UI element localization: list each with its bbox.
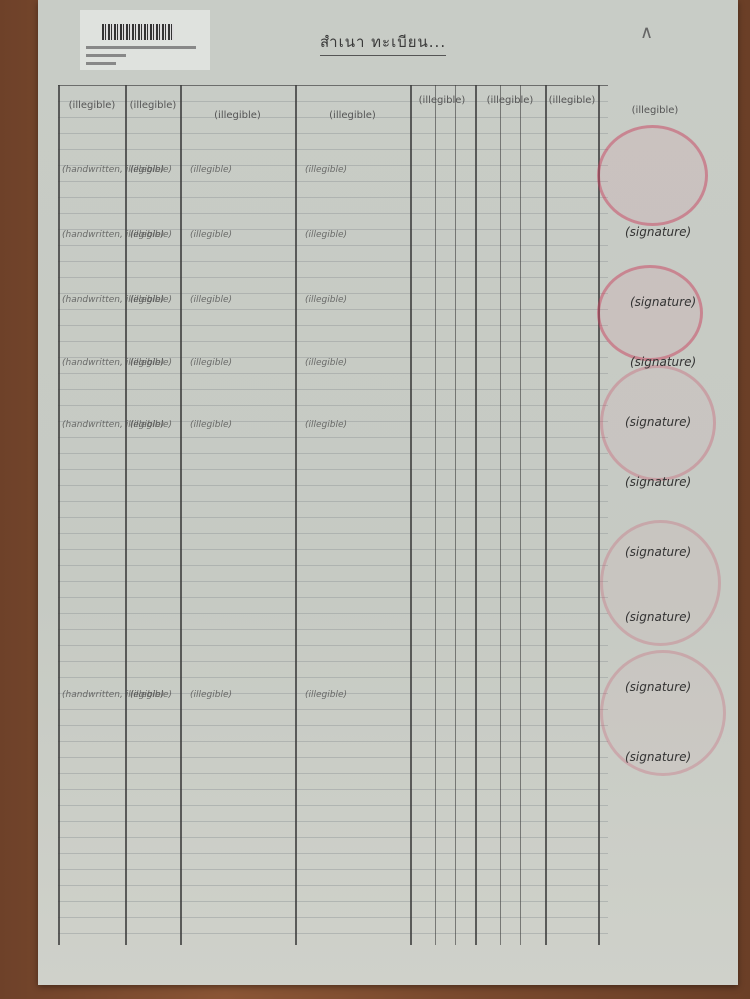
- rule-line: [58, 85, 608, 86]
- rule-line: [58, 741, 608, 742]
- rule-line: [58, 837, 608, 838]
- official-seal-stamp: [597, 265, 703, 361]
- rule-line: [58, 549, 608, 550]
- rule-line: [58, 485, 608, 486]
- header-col-7: (illegible): [547, 95, 597, 106]
- row-4-col-2: (illegible): [130, 358, 172, 368]
- row-5-col-3: (illegible): [190, 420, 232, 430]
- document-title: สำเนา ทะเบียน...: [320, 30, 446, 56]
- sticker-line: [86, 46, 196, 49]
- rule-line: [58, 245, 608, 246]
- header-col-8: (illegible): [600, 105, 710, 116]
- rule-line: [58, 277, 608, 278]
- row-2-col-4: (illegible): [305, 230, 347, 240]
- row-6-col-4: (illegible): [305, 690, 347, 700]
- signature: (signature): [625, 225, 691, 239]
- rule-line: [58, 757, 608, 758]
- rule-line: [58, 885, 608, 886]
- signature: (signature): [625, 610, 691, 624]
- sticker-line: [86, 62, 116, 65]
- row-3-col-3: (illegible): [190, 295, 232, 305]
- rule-line: [58, 149, 608, 150]
- column-line: [520, 85, 521, 945]
- signature: (signature): [625, 475, 691, 489]
- rule-line: [58, 133, 608, 134]
- column-line: [410, 85, 412, 945]
- rule-line: [58, 917, 608, 918]
- column-line: [125, 85, 127, 945]
- header-col-1: (illegible): [62, 100, 122, 111]
- column-line: [435, 85, 436, 945]
- column-line: [500, 85, 501, 945]
- rule-line: [58, 533, 608, 534]
- signature: (signature): [625, 680, 691, 694]
- rule-line: [58, 645, 608, 646]
- rule-line: [58, 565, 608, 566]
- header-col-6: (illegible): [477, 95, 543, 106]
- signature: (signature): [630, 295, 696, 309]
- rule-line: [58, 261, 608, 262]
- rule-line: [58, 773, 608, 774]
- rule-line: [58, 293, 608, 294]
- rule-line: [58, 869, 608, 870]
- rule-line: [58, 469, 608, 470]
- rule-line: [58, 373, 608, 374]
- header-col-2: (illegible): [128, 100, 178, 111]
- row-4-col-3: (illegible): [190, 358, 232, 368]
- barcode-icon: [102, 24, 174, 40]
- corner-mark: ∧: [640, 22, 653, 43]
- rule-line: [58, 341, 608, 342]
- row-3-col-4: (illegible): [305, 295, 347, 305]
- rule-line: [58, 453, 608, 454]
- row-1-col-4: (illegible): [305, 165, 347, 175]
- rule-line: [58, 437, 608, 438]
- header-col-4: (illegible): [300, 110, 405, 121]
- rule-line: [58, 197, 608, 198]
- column-line: [180, 85, 182, 945]
- row-1-col-3: (illegible): [190, 165, 232, 175]
- rule-line: [58, 325, 608, 326]
- rule-line: [58, 405, 608, 406]
- rule-line: [58, 597, 608, 598]
- rule-line: [58, 821, 608, 822]
- row-6-col-2: (illegible): [130, 690, 172, 700]
- rule-line: [58, 789, 608, 790]
- column-line: [545, 85, 547, 945]
- row-2-col-2: (illegible): [130, 230, 172, 240]
- rule-line: [58, 933, 608, 934]
- header-col-5: (illegible): [412, 95, 472, 106]
- row-5-col-4: (illegible): [305, 420, 347, 430]
- signature: (signature): [625, 750, 691, 764]
- sticker-line: [86, 54, 126, 57]
- row-3-col-2: (illegible): [130, 295, 172, 305]
- rule-line: [58, 501, 608, 502]
- barcode-sticker: [80, 10, 210, 70]
- row-2-col-3: (illegible): [190, 230, 232, 240]
- row-1-col-2: (illegible): [130, 165, 172, 175]
- signature: (signature): [630, 355, 696, 369]
- signature: (signature): [625, 415, 691, 429]
- signature: (signature): [625, 545, 691, 559]
- rule-line: [58, 181, 608, 182]
- column-line: [598, 85, 600, 945]
- rule-line: [58, 901, 608, 902]
- row-6-col-3: (illegible): [190, 690, 232, 700]
- column-line: [455, 85, 456, 945]
- row-4-col-4: (illegible): [305, 358, 347, 368]
- column-line: [475, 85, 477, 945]
- rule-line: [58, 517, 608, 518]
- rule-line: [58, 709, 608, 710]
- rule-line: [58, 629, 608, 630]
- rule-line: [58, 725, 608, 726]
- rule-line: [58, 309, 608, 310]
- row-5-col-2: (illegible): [130, 420, 172, 430]
- rule-line: [58, 661, 608, 662]
- column-line: [58, 85, 60, 945]
- header-col-3: (illegible): [185, 110, 290, 121]
- rule-line: [58, 389, 608, 390]
- official-seal-stamp: [597, 125, 708, 226]
- rule-line: [58, 581, 608, 582]
- rule-line: [58, 805, 608, 806]
- rule-line: [58, 853, 608, 854]
- official-seal-stamp: [600, 520, 721, 646]
- column-line: [295, 85, 297, 945]
- rule-line: [58, 613, 608, 614]
- rule-line: [58, 213, 608, 214]
- rule-line: [58, 677, 608, 678]
